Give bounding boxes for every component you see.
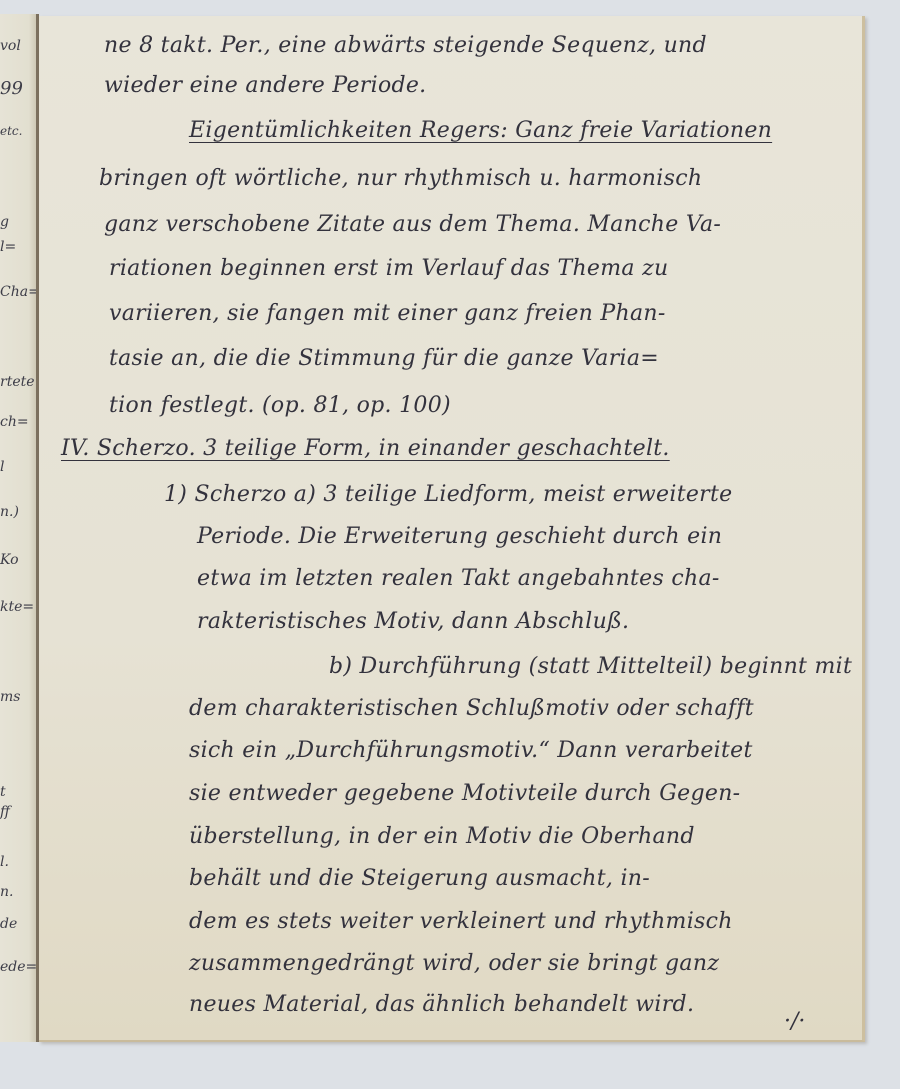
margin-fragment: vol (0, 38, 21, 54)
text-line: Eigentümlichkeiten Regers: Ganz freie Va… (189, 118, 772, 143)
margin-fragment: de (0, 916, 17, 932)
continuation-mark: ·/· (784, 1009, 805, 1034)
margin-fragment: t (0, 784, 6, 800)
text-line: sich ein „Durchführungsmotiv.“ Dann vera… (189, 738, 753, 763)
text-line: dem es stets weiter verkleinert und rhyt… (189, 909, 733, 934)
margin-fragment: g (0, 214, 9, 230)
margin-fragment: ff (0, 804, 10, 820)
text-line: tasie an, die die Stimmung für die ganze… (109, 346, 659, 371)
text-line: sie entweder gegebene Motivteile durch G… (189, 781, 740, 806)
text-line: riationen beginnen erst im Verlauf das T… (109, 256, 668, 281)
text-line: neues Material, das ähnlich behandelt wi… (189, 992, 694, 1017)
left-page-edge: vol 99 etc. g l= Cha= rtete ch= l n.) Ko… (0, 14, 39, 1042)
text-line: variieren, sie fangen mit einer ganz fre… (109, 301, 666, 326)
margin-fragment: n. (0, 884, 13, 900)
text-line: Periode. Die Erweiterung geschieht durch… (197, 524, 722, 549)
margin-fragment: kte= (0, 599, 34, 615)
text-line: etwa im letzten realen Takt angebahntes … (197, 566, 720, 591)
margin-fragment: ede= (0, 959, 37, 975)
text-line: dem charakteristischen Schlußmotiv oder … (189, 696, 754, 721)
margin-fragment: l (0, 459, 4, 475)
margin-fragment: ms (0, 689, 20, 705)
text-line: tion festlegt. (op. 81, op. 100) (109, 393, 451, 418)
text-line: rakteristisches Motiv, dann Abschluß. (197, 609, 629, 634)
margin-fragment: Cha= (0, 284, 39, 300)
section-heading: IV. Scherzo. 3 teilige Form, in einander… (61, 436, 670, 461)
margin-fragment: l. (0, 854, 9, 870)
text-line: zusammengedrängt wird, oder sie bringt g… (189, 951, 719, 976)
margin-fragment: l= (0, 239, 16, 255)
margin-fragment: etc. (0, 124, 22, 138)
margin-fragment: rtete (0, 374, 35, 390)
text-line: überstellung, in der ein Motiv die Oberh… (189, 824, 695, 849)
text-line: behält und die Steigerung ausmacht, in- (189, 866, 650, 891)
text-line: b) Durchführung (statt Mittelteil) begin… (329, 654, 852, 679)
margin-fragment: 99 (0, 78, 23, 99)
margin-fragment: n.) (0, 504, 19, 520)
text-line: wieder eine andere Periode. (104, 73, 426, 98)
text-line: ganz verschobene Zitate aus dem Thema. M… (104, 212, 721, 237)
text-line: bringen oft wörtliche, nur rhythmisch u.… (99, 166, 702, 191)
text-line: ne 8 takt. Per., eine abwärts steigende … (104, 33, 707, 58)
manuscript-page: ne 8 takt. Per., eine abwärts steigende … (39, 16, 865, 1042)
margin-fragment: ch= (0, 414, 29, 430)
margin-fragment: Ko (0, 552, 19, 568)
text-line: 1) Scherzo a) 3 teilige Liedform, meist … (164, 482, 732, 507)
